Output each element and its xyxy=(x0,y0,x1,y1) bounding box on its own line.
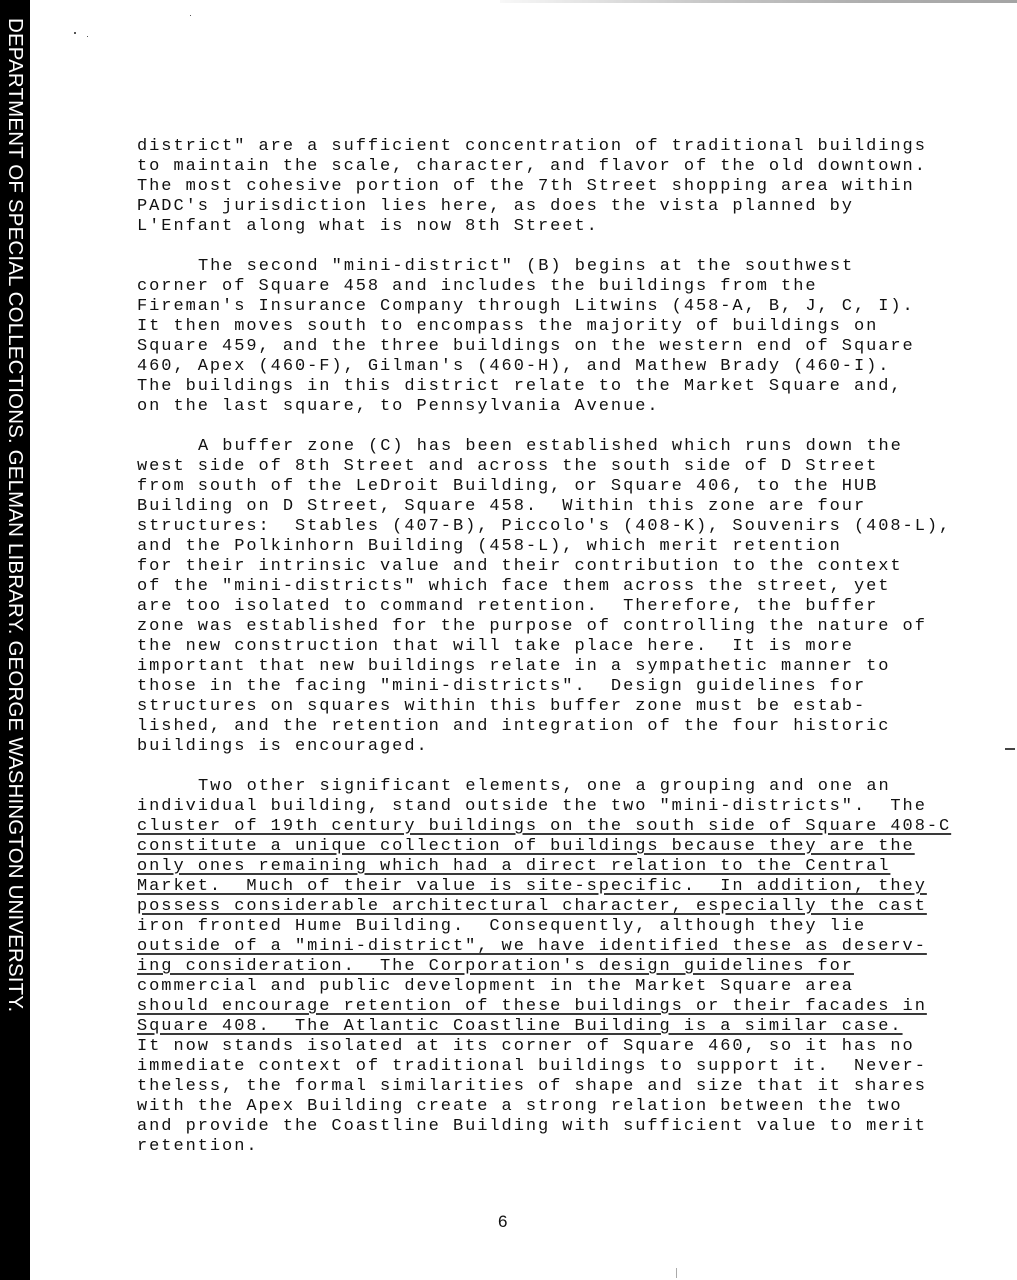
text-line: Square 459, and the three buildings on t… xyxy=(137,337,957,357)
text-line: theless, the formal similarities of shap… xyxy=(137,1077,957,1097)
text-line: iron fronted Hume Building. Consequently… xyxy=(137,917,957,937)
text-line: west side of 8th Street and across the s… xyxy=(137,457,957,477)
text-line: on the last square, to Pennsylvania Aven… xyxy=(137,397,957,417)
text-line: of the "mini-districts" which face them … xyxy=(137,577,957,597)
text-line: It then moves south to encompass the maj… xyxy=(137,317,957,337)
text-line-underlined: ing consideration. The Corporation's des… xyxy=(137,957,957,977)
paragraph-1: district" are a sufficient concentration… xyxy=(137,137,957,237)
text-line: 460, Apex (460-F), Gilman's (460-H), and… xyxy=(137,357,957,377)
text-line: retention. xyxy=(137,1137,957,1157)
scan-tick-mark xyxy=(676,1268,677,1278)
text-line: immediate context of traditional buildin… xyxy=(137,1057,957,1077)
text-line: for their intrinsic value and their cont… xyxy=(137,557,957,577)
text-line: A buffer zone (C) has been established w… xyxy=(137,437,957,457)
text-line: structures on squares within this buffer… xyxy=(137,697,957,717)
text-line-underlined: cluster of 19th century buildings on the… xyxy=(137,817,957,837)
text-line-underlined: Market. Much of their value is site-spec… xyxy=(137,877,957,897)
text-line: corner of Square 458 and includes the bu… xyxy=(137,277,957,297)
text-line: structures: Stables (407-B), Piccolo's (… xyxy=(137,517,957,537)
margin-mark xyxy=(1005,748,1015,750)
text-line: to maintain the scale, character, and fl… xyxy=(137,157,957,177)
archive-banner-strip: DEPARTMENT OF SPECIAL COLLECTIONS. GELMA… xyxy=(0,0,30,1280)
text-line: the new construction that will take plac… xyxy=(137,637,957,657)
text-line-underlined: Square 408. The Atlantic Coastline Build… xyxy=(137,1017,957,1037)
text-line: The most cohesive portion of the 7th Str… xyxy=(137,177,957,197)
scan-speck xyxy=(87,36,88,37)
text-line: district" are a sufficient concentration… xyxy=(137,137,957,157)
text-line: The buildings in this district relate to… xyxy=(137,377,957,397)
text-line: those in the facing "mini-districts". De… xyxy=(137,677,957,697)
text-line-underlined: possess considerable architectural chara… xyxy=(137,897,957,917)
text-line: individual building, stand outside the t… xyxy=(137,797,957,817)
text-line: with the Apex Building create a strong r… xyxy=(137,1097,957,1117)
archive-banner-text: DEPARTMENT OF SPECIAL COLLECTIONS. GELMA… xyxy=(4,18,26,1012)
paragraph-3: A buffer zone (C) has been established w… xyxy=(137,437,957,757)
text-line: Building on D Street, Square 458. Within… xyxy=(137,497,957,517)
text-line: L'Enfant along what is now 8th Street. xyxy=(137,217,957,237)
paragraph-4: Two other significant elements, one a gr… xyxy=(137,777,957,1157)
scan-edge-artifact xyxy=(500,0,1017,3)
text-line-underlined: should encourage retention of these buil… xyxy=(137,997,957,1017)
scan-speck xyxy=(74,32,76,34)
document-body: district" are a sufficient concentration… xyxy=(137,137,957,1177)
text-line: are too isolated to command retention. T… xyxy=(137,597,957,617)
text-line: The second "mini-district" (B) begins at… xyxy=(137,257,957,277)
text-line: and the Polkinhorn Building (458-L), whi… xyxy=(137,537,957,557)
text-line: PADC's jurisdiction lies here, as does t… xyxy=(137,197,957,217)
paragraph-2: The second "mini-district" (B) begins at… xyxy=(137,257,957,417)
text-line: and provide the Coastline Building with … xyxy=(137,1117,957,1137)
text-line: from south of the LeDroit Building, or S… xyxy=(137,477,957,497)
text-line: zone was established for the purpose of … xyxy=(137,617,957,637)
text-line: Two other significant elements, one a gr… xyxy=(137,777,957,797)
scan-speck xyxy=(190,15,191,16)
text-line: buildings is encouraged. xyxy=(137,737,957,757)
text-line: important that new buildings relate in a… xyxy=(137,657,957,677)
text-line: commercial and public development in the… xyxy=(137,977,957,997)
text-line: lished, and the retention and integratio… xyxy=(137,717,957,737)
text-line: Fireman's Insurance Company through Litw… xyxy=(137,297,957,317)
text-line-underlined: only ones remaining which had a direct r… xyxy=(137,857,957,877)
text-line: It now stands isolated at its corner of … xyxy=(137,1037,957,1057)
text-line-underlined: constitute a unique collection of buildi… xyxy=(137,837,957,857)
text-line-underlined: outside of a "mini-district", we have id… xyxy=(137,937,957,957)
page-number: 6 xyxy=(498,1212,507,1232)
